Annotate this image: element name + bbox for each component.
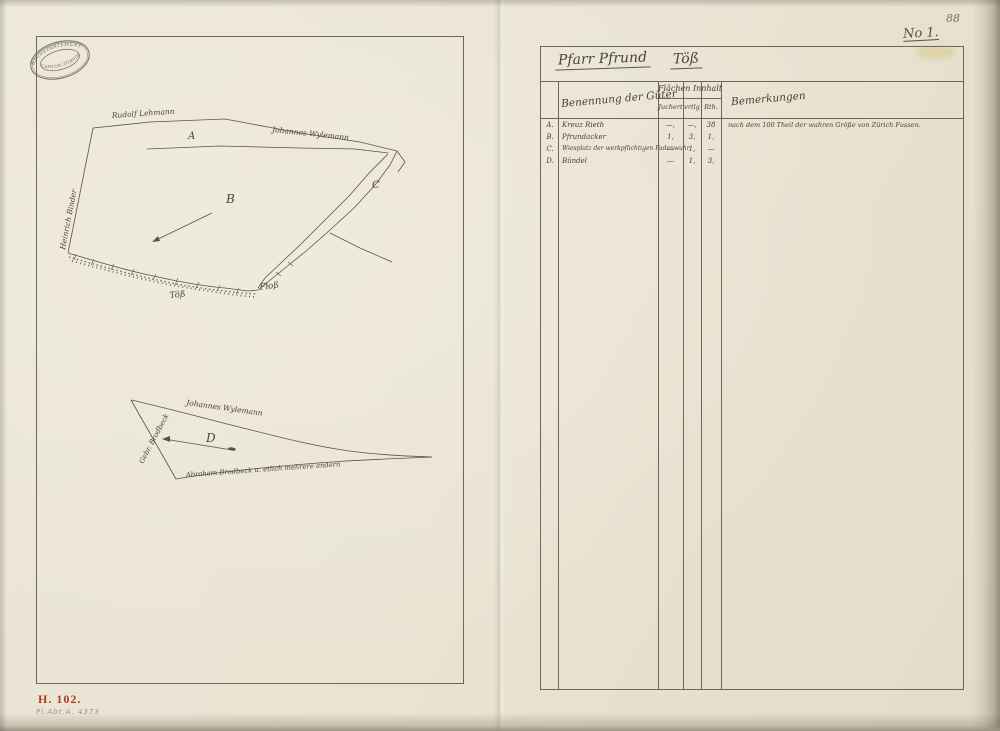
rule-line bbox=[541, 118, 963, 119]
column-header-area-group: Flächen Innhalt bbox=[658, 84, 721, 93]
paper-edge-left bbox=[0, 0, 7, 731]
table-row: A. Kreuz Rieth —, —, 38 nach dem 100 The… bbox=[541, 121, 965, 133]
owner-label: Rudolf Lehmann bbox=[111, 107, 175, 120]
row-remark: nach dem 100 Theil der wahren Größe von … bbox=[728, 121, 921, 129]
rule-line bbox=[541, 81, 963, 82]
sheet-title: Pfarr PfrundTöß bbox=[555, 51, 702, 69]
row-juchert: 1, bbox=[658, 133, 683, 141]
river-label: Töß bbox=[169, 289, 186, 301]
parcel-d-label: D bbox=[205, 431, 216, 445]
folio-number: 88 bbox=[946, 12, 960, 25]
owner-label: Johannes Wylemann bbox=[184, 398, 264, 418]
row-rth: 1, bbox=[701, 133, 721, 141]
row-name: Bündel bbox=[562, 157, 587, 165]
archive-number: H. 102. bbox=[38, 692, 81, 707]
path-line bbox=[330, 233, 392, 262]
parcel-a-north-boundary bbox=[93, 119, 397, 151]
row-juchert: —, bbox=[658, 121, 683, 129]
table-row: D. Bündel — 1, 3, bbox=[541, 157, 965, 169]
parcel-plans: Rudolf Lehmann A Johannes Wylemann Heinr… bbox=[36, 36, 464, 684]
row-rth: — bbox=[701, 145, 721, 153]
rule-line bbox=[701, 81, 702, 690]
row-name: Kreuz Rieth bbox=[562, 121, 604, 129]
lower-plan: Johannes Wylemann Gebr. Brodbeck D Abrah… bbox=[131, 398, 432, 479]
parcel-c-top-hook bbox=[397, 151, 405, 172]
row-name: Wiesplatz der werkpflichtigen Fadenwuhr bbox=[562, 145, 657, 152]
row-vrtlg: 1, bbox=[683, 145, 701, 153]
upper-plan: Rudolf Lehmann A Johannes Wylemann Heinr… bbox=[58, 107, 405, 301]
rule-line bbox=[658, 81, 659, 690]
parcel-c-west-boundary bbox=[258, 154, 388, 288]
column-header-vrtlg: vrtlg bbox=[683, 103, 701, 111]
north-arrow bbox=[152, 213, 212, 242]
row-vrtlg: 3, bbox=[683, 133, 701, 141]
river-bank-line bbox=[68, 253, 258, 291]
row-letter: D. bbox=[543, 157, 557, 165]
row-letter: B. bbox=[543, 133, 557, 141]
sheet-title-main: Pfarr Pfrund bbox=[555, 49, 651, 70]
parcel-a-label: A bbox=[187, 131, 195, 142]
row-rth: 38 bbox=[701, 121, 721, 129]
paper-edge-bottom bbox=[0, 713, 1000, 731]
row-juchert: — bbox=[658, 145, 683, 153]
table-row: B. Pfrundacker 1, 3, 1, bbox=[541, 133, 965, 145]
row-name: Pfrundacker bbox=[562, 133, 606, 141]
row-vrtlg: —, bbox=[683, 121, 701, 129]
sheet-number: No 1. bbox=[903, 25, 939, 42]
row-juchert: — bbox=[658, 157, 683, 165]
owner-label: Heinrich Binder bbox=[58, 188, 79, 251]
rule-line bbox=[683, 81, 684, 690]
scanned-document: BAUDEPARTEMENT CANTON ZÜRICH bbox=[0, 0, 1000, 731]
row-vrtlg: 1, bbox=[683, 157, 701, 165]
row-rth: 3, bbox=[701, 157, 721, 165]
center-fold-crease bbox=[494, 0, 506, 731]
rule-line bbox=[558, 81, 559, 690]
parcel-c-east-boundary bbox=[258, 151, 397, 290]
table-frame: Pfarr PfrundTöß Benennung der Güter Fläc… bbox=[540, 46, 964, 690]
parcel-a-south-boundary bbox=[147, 146, 388, 153]
owner-label: Johannes Wylemann bbox=[270, 125, 350, 142]
parcel-c-label: C bbox=[372, 180, 380, 191]
parcel-b-label: B bbox=[225, 192, 235, 206]
parcel-d-north-boundary bbox=[131, 400, 432, 457]
north-arrow bbox=[162, 436, 236, 451]
row-letter: C. bbox=[543, 145, 557, 153]
row-letter: A. bbox=[543, 121, 557, 129]
paper-edge-top bbox=[0, 0, 1000, 7]
sheet-title-place: Töß bbox=[670, 50, 703, 69]
owner-label: Abraham Brodbeck u. etlich mehrere ander… bbox=[185, 460, 341, 479]
rule-line bbox=[721, 81, 722, 690]
table-row: C. Wiesplatz der werkpflichtigen Fadenwu… bbox=[541, 145, 965, 157]
column-header-remarks: Bemerkungen bbox=[731, 90, 806, 108]
floss-label: Floß bbox=[258, 280, 280, 293]
paper-edge-right bbox=[972, 0, 1000, 731]
column-header-rth: Rth. bbox=[701, 103, 721, 111]
river-bank-stipple bbox=[72, 261, 254, 297]
column-header-juchert: Juchert bbox=[658, 103, 683, 111]
